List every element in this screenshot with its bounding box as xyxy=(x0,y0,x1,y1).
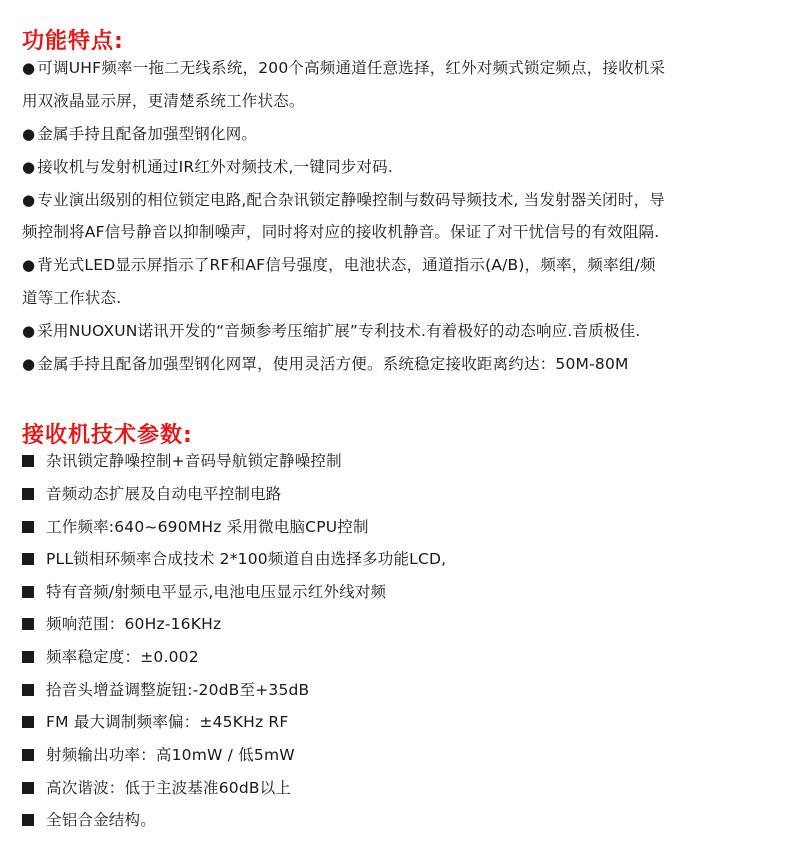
feature-line: ●接收机与发射机通过IR红外对频技术,一键同步对码. xyxy=(22,155,393,177)
bullet-dot-icon: ● xyxy=(22,125,35,143)
square-bullet-icon xyxy=(22,749,34,761)
spec-item: 全铝合金结构。 xyxy=(22,808,156,830)
square-bullet-icon xyxy=(22,716,34,728)
square-bullet-icon xyxy=(22,586,34,598)
feature-line: ●专业演出级别的相位锁定电路,配合杂讯锁定静噪控制与数码导频技术, 当发射器关闭… xyxy=(22,188,665,210)
feature-line: ●采用NUOXUN诺讯开发的“音频参考压缩扩展”专利技术.有着极好的动态响应.音… xyxy=(22,319,640,341)
spec-item: 频响范围：60Hz-16KHz xyxy=(22,612,221,634)
bullet-dot-icon: ● xyxy=(22,191,35,209)
bullet-dot-icon: ● xyxy=(22,158,35,176)
bullet-dot-icon: ● xyxy=(22,322,35,340)
spec-item: 射频输出功率：高10mW / 低5mW xyxy=(22,743,295,765)
spec-item: 杂讯锁定静噪控制+音码导航锁定静噪控制 xyxy=(22,449,342,471)
square-bullet-icon xyxy=(22,782,34,794)
spec-item: FM 最大调制频率偏：±45KHz RF xyxy=(22,710,289,732)
feature-line: ●金属手持且配备加强型钢化网。 xyxy=(22,122,257,144)
feature-line: ●背光式LED显示屏指示了RF和AF信号强度，电池状态，通道指示(A/B)，频率… xyxy=(22,253,656,275)
spec-item: 频率稳定度：±0.002 xyxy=(22,645,199,667)
feature-line: ●金属手持且配备加强型钢化网罩，使用灵活方便。系统稳定接收距离约达：50M-80… xyxy=(22,352,629,374)
square-bullet-icon xyxy=(22,814,34,826)
square-bullet-icon xyxy=(22,651,34,663)
spec-item: 工作频率:640~690MHz 采用微电脑CPU控制 xyxy=(22,515,369,537)
spec-item: 拾音头增益调整旋钮:-20dB至+35dB xyxy=(22,678,309,700)
square-bullet-icon xyxy=(22,684,34,696)
features-heading: 功能特点: xyxy=(22,24,124,55)
feature-line: 频控制将AF信号静音以抑制噪声，同时将对应的接收机静音。保证了对干忧信号的有效阻… xyxy=(22,220,659,242)
bullet-dot-icon: ● xyxy=(22,256,35,274)
square-bullet-icon xyxy=(22,618,34,630)
square-bullet-icon xyxy=(22,553,34,565)
spec-item: 高次谐波：低于主波基准60dB以上 xyxy=(22,776,291,798)
spec-item: 音频动态扩展及自动电平控制电路 xyxy=(22,482,282,504)
bullet-dot-icon: ● xyxy=(22,355,35,373)
spec-item: 特有音频/射频电平显示,电池电压显示红外线对频 xyxy=(22,580,386,602)
square-bullet-icon xyxy=(22,521,34,533)
feature-line: ●可调UHF频率一拖二无线系统，200个高频通道任意选择，红外对频式锁定频点，接… xyxy=(22,56,665,78)
square-bullet-icon xyxy=(22,455,34,467)
bullet-dot-icon: ● xyxy=(22,59,35,77)
feature-line: 道等工作状态. xyxy=(22,286,121,308)
feature-line: 用双液晶显示屏，更清楚系统工作状态。 xyxy=(22,89,305,111)
specs-heading: 接收机技术参数: xyxy=(22,418,193,449)
spec-item: PLL锁相环频率合成技术 2*100频道自由选择多功能LCD, xyxy=(22,547,446,569)
square-bullet-icon xyxy=(22,488,34,500)
